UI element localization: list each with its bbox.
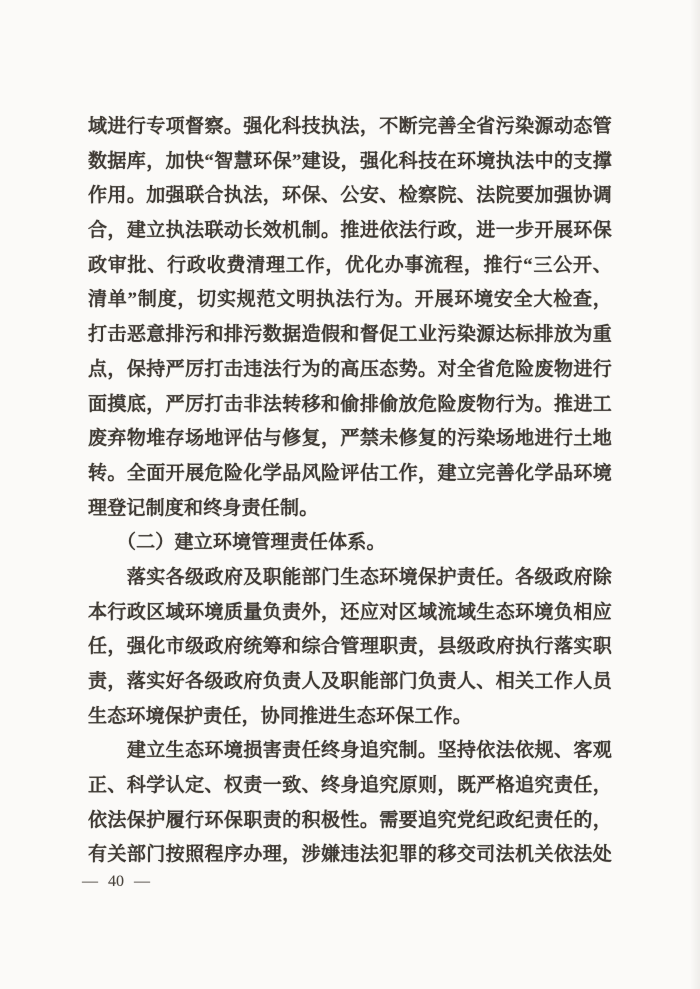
text-line: 依法保护履行环保职责的积极性。需要追究党纪政纪责任的，由 <box>88 804 612 839</box>
text-line: 转。全面开展危险化学品风险评估工作，建立完善化学品环境管 <box>88 457 612 492</box>
text-line: 域进行专项督察。强化科技执法，不断完善全省污染源动态管理 <box>88 110 612 145</box>
text-line: 作用。加强联合执法，环保、公安、检察院、法院要加强协调配 <box>88 179 612 214</box>
text-line: 点，保持严厉打击违法行为的高压态势。对全省危险废物进行全 <box>88 353 612 388</box>
document-page: 域进行专项督察。强化科技执法，不断完善全省污染源动态管理 数据库，加快“智慧环保… <box>0 0 700 989</box>
text-line: 责，落实好各级政府负责人及职能部门负责人、相关工作人员的 <box>88 665 612 700</box>
text-line: 有关部门按照程序办理，涉嫌违法犯罪的移交司法机关依法处 <box>88 838 612 873</box>
text-line: 面摸底，严厉打击非法转移和偷排偷放危险废物行为。推进工业 <box>88 388 612 423</box>
text-line: 正、科学认定、权责一致、终身追究原则，既严格追究责任，又 <box>88 769 612 804</box>
text-line: 数据库，加快“智慧环保”建设，强化科技在环境执法中的支撑 <box>88 145 612 180</box>
text-line: 生态环境保护责任，协同推进生态环保工作。 <box>88 700 612 735</box>
text-line: 任，强化市级政府统筹和综合管理职责，县级政府执行落实职 <box>88 630 612 665</box>
text-line: 本行政区域环境质量负责外，还应对区域流域生态环境负相应责 <box>88 596 612 631</box>
text-line: 清单”制度，切实规范文明执法行为。开展环境安全大检查，以 <box>88 283 612 318</box>
text-line: 理登记制度和终身责任制。 <box>88 492 612 527</box>
body-text: 域进行专项督察。强化科技执法，不断完善全省污染源动态管理 数据库，加快“智慧环保… <box>88 110 612 873</box>
text-line: 落实各级政府及职能部门生态环境保护责任。各级政府除对 <box>88 561 612 596</box>
section-heading: （二）建立环境管理责任体系。 <box>88 526 612 561</box>
text-line: 政审批、行政收费清理工作，优化办事流程，推行“三公开、三 <box>88 249 612 284</box>
text-line: 建立生态环境损害责任终身追究制。坚持依法依规、客观公 <box>88 734 612 769</box>
text-line: 打击恶意排污和排污数据造假和督促工业污染源达标排放为重 <box>88 318 612 353</box>
page-number: — 40 — <box>82 873 150 891</box>
text-line: 废弃物堆存场地评估与修复，严禁未修复的污染场地进行土地流 <box>88 422 612 457</box>
text-line: 合，建立执法联动长效机制。推进依法行政，进一步开展环保行 <box>88 214 612 249</box>
